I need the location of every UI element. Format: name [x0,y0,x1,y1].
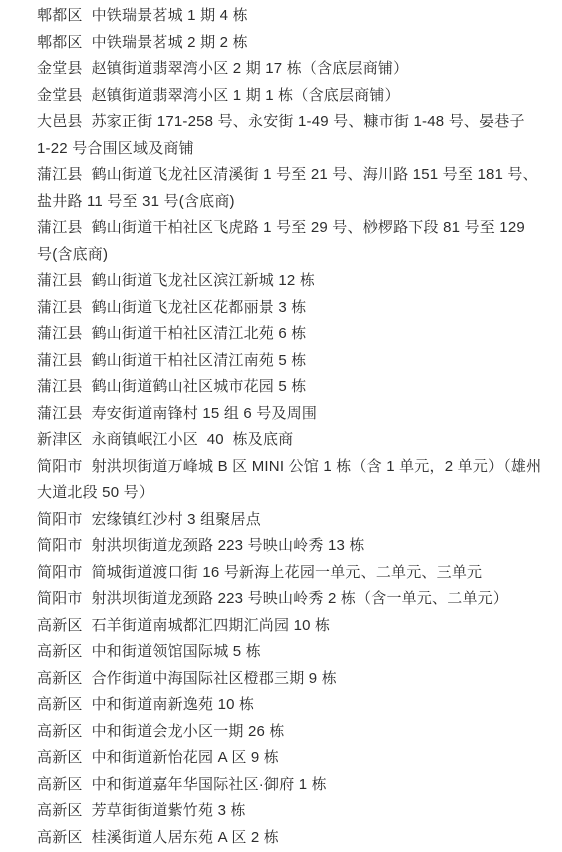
address-text: 苏家正街 171-258 号、永安街 1-49 号、糠市街 1-48 号、晏巷子… [37,113,529,157]
address-text: 射洪坝街道万峰城 B 区 MINI 公馆 1 栋（含 1 单元，2 单元）（雄州… [37,458,541,502]
district-label: 蒲江县 [37,352,83,369]
list-item: 高新区芳草街街道紫竹苑 3 栋 [37,798,542,825]
list-item: 蒲江县鹤山街道飞龙社区清溪街 1 号至 21 号、海川路 151 号至 181 … [37,162,542,215]
address-text: 寿安街道南锋村 15 组 6 号及周围 [92,405,318,422]
list-item: 高新区合作街道中海国际社区橙郡三期 9 栋 [37,666,542,693]
address-text: 芳草街街道紫竹苑 3 栋 [92,802,246,819]
district-label: 高新区 [37,723,83,740]
list-item: 蒲江县寿安街道南锋村 15 组 6 号及周围 [37,401,542,428]
address-text: 赵镇街道翡翠湾小区 2 期 17 栋（含底层商铺） [92,60,409,77]
district-label: 郫都区 [37,7,83,24]
address-text: 射洪坝街道龙颈路 223 号映山岭秀 13 栋 [92,537,365,554]
district-label: 新津区 [37,431,83,448]
district-label: 高新区 [37,802,83,819]
district-label: 蒲江县 [37,299,83,316]
district-label: 金堂县 [37,60,83,77]
list-item: 高新区中和街道会龙小区一期 26 栋 [37,719,542,746]
district-label: 简阳市 [37,511,83,528]
address-text: 合作街道中海国际社区橙郡三期 9 栋 [92,670,337,687]
district-label: 简阳市 [37,590,83,607]
list-item: 蒲江县鹤山街道鹤山社区城市花园 5 栋 [37,374,542,401]
district-label: 高新区 [37,670,83,687]
address-text: 中和街道南新逸苑 10 栋 [92,696,255,713]
address-text: 中和街道领馆国际城 5 栋 [92,643,261,660]
list-item: 郫都区中铁瑞景茗城 2 期 2 栋 [37,30,542,57]
address-text: 中和街道嘉年华国际社区·御府 1 栋 [92,776,327,793]
list-item: 蒲江县鹤山街道飞龙社区花都丽景 3 栋 [37,295,542,322]
address-text: 宏缘镇红沙村 3 组聚居点 [92,511,261,528]
address-text: 鹤山街道飞龙社区清溪街 1 号至 21 号、海川路 151 号至 181 号、盐… [37,166,538,210]
address-text: 中铁瑞景茗城 2 期 2 栋 [92,34,248,51]
list-item: 新津区永商镇岷江小区 40 栋及底商 [37,427,542,454]
list-item: 简阳市射洪坝街道万峰城 B 区 MINI 公馆 1 栋（含 1 单元，2 单元）… [37,454,542,507]
district-label: 高新区 [37,749,83,766]
address-text: 石羊街道南城都汇四期汇尚园 10 栋 [92,617,331,634]
district-label: 高新区 [37,617,83,634]
district-label: 蒲江县 [37,405,83,422]
list-item: 简阳市射洪坝街道龙颈路 223 号映山岭秀 13 栋 [37,533,542,560]
district-label: 蒲江县 [37,166,83,183]
list-item: 蒲江县鹤山街道飞龙社区滨江新城 12 栋 [37,268,542,295]
district-label: 大邑县 [37,113,83,130]
address-text: 中和街道新怡花园 A 区 9 栋 [92,749,279,766]
address-text: 鹤山街道鹤山社区城市花园 5 栋 [92,378,307,395]
address-text: 中和街道会龙小区一期 26 栋 [92,723,285,740]
district-label: 郫都区 [37,34,83,51]
address-text: 鹤山街道干柏社区清江北苑 6 栋 [92,325,307,342]
address-text: 鹤山街道飞龙社区花都丽景 3 栋 [92,299,307,316]
list-item: 金堂县赵镇街道翡翠湾小区 1 期 1 栋（含底层商铺） [37,83,542,110]
list-item: 大邑县苏家正街 171-258 号、永安街 1-49 号、糠市街 1-48 号、… [37,109,542,162]
district-label: 蒲江县 [37,378,83,395]
address-text: 简城街道渡口街 16 号新海上花园一单元、二单元、三单元 [92,564,483,581]
list-item: 简阳市射洪坝街道龙颈路 223 号映山岭秀 2 栋（含一单元、二单元） [37,586,542,613]
address-text: 鹤山街道干柏社区飞虎路 1 号至 29 号、桫椤路下段 81 号至 129 号(… [37,219,529,263]
list-item: 高新区中和街道嘉年华国际社区·御府 1 栋 [37,772,542,799]
list-item: 高新区中和街道南新逸苑 10 栋 [37,692,542,719]
list-item: 高新区中和街道领馆国际城 5 栋 [37,639,542,666]
address-text: 射洪坝街道龙颈路 223 号映山岭秀 2 栋（含一单元、二单元） [92,590,508,607]
address-text: 桂溪街道人居东苑 A 区 2 栋 [92,829,279,846]
district-label: 简阳市 [37,458,83,475]
address-text: 鹤山街道飞龙社区滨江新城 12 栋 [92,272,315,289]
address-text: 鹤山街道干柏社区清江南苑 5 栋 [92,352,307,369]
district-label: 简阳市 [37,564,83,581]
district-label: 蒲江县 [37,272,83,289]
address-text: 中铁瑞景茗城 1 期 4 栋 [92,7,248,24]
document-page: 郫都区中铁瑞景茗城 1 期 4 栋 郫都区中铁瑞景茗城 2 期 2 栋 金堂县赵… [0,0,562,852]
list-item: 高新区中和街道新怡花园 A 区 9 栋 [37,745,542,772]
list-item: 简阳市简城街道渡口街 16 号新海上花园一单元、二单元、三单元 [37,560,542,587]
list-item: 高新区桂溪街道人居东苑 A 区 2 栋 [37,825,542,852]
list-item: 简阳市宏缘镇红沙村 3 组聚居点 [37,507,542,534]
district-label: 蒲江县 [37,325,83,342]
list-item: 郫都区中铁瑞景茗城 1 期 4 栋 [37,3,542,30]
district-label: 高新区 [37,829,83,846]
address-text: 永商镇岷江小区 40 栋及底商 [92,431,294,448]
district-label: 金堂县 [37,87,83,104]
district-label: 高新区 [37,696,83,713]
restricted-areas-list: 郫都区中铁瑞景茗城 1 期 4 栋 郫都区中铁瑞景茗城 2 期 2 栋 金堂县赵… [37,3,542,851]
list-item: 蒲江县鹤山街道干柏社区清江南苑 5 栋 [37,348,542,375]
list-item: 高新区石羊街道南城都汇四期汇尚园 10 栋 [37,613,542,640]
district-label: 高新区 [37,643,83,660]
district-label: 高新区 [37,776,83,793]
district-label: 简阳市 [37,537,83,554]
list-item: 蒲江县鹤山街道干柏社区飞虎路 1 号至 29 号、桫椤路下段 81 号至 129… [37,215,542,268]
address-text: 赵镇街道翡翠湾小区 1 期 1 栋（含底层商铺） [92,87,400,104]
list-item: 金堂县赵镇街道翡翠湾小区 2 期 17 栋（含底层商铺） [37,56,542,83]
district-label: 蒲江县 [37,219,83,236]
list-item: 蒲江县鹤山街道干柏社区清江北苑 6 栋 [37,321,542,348]
